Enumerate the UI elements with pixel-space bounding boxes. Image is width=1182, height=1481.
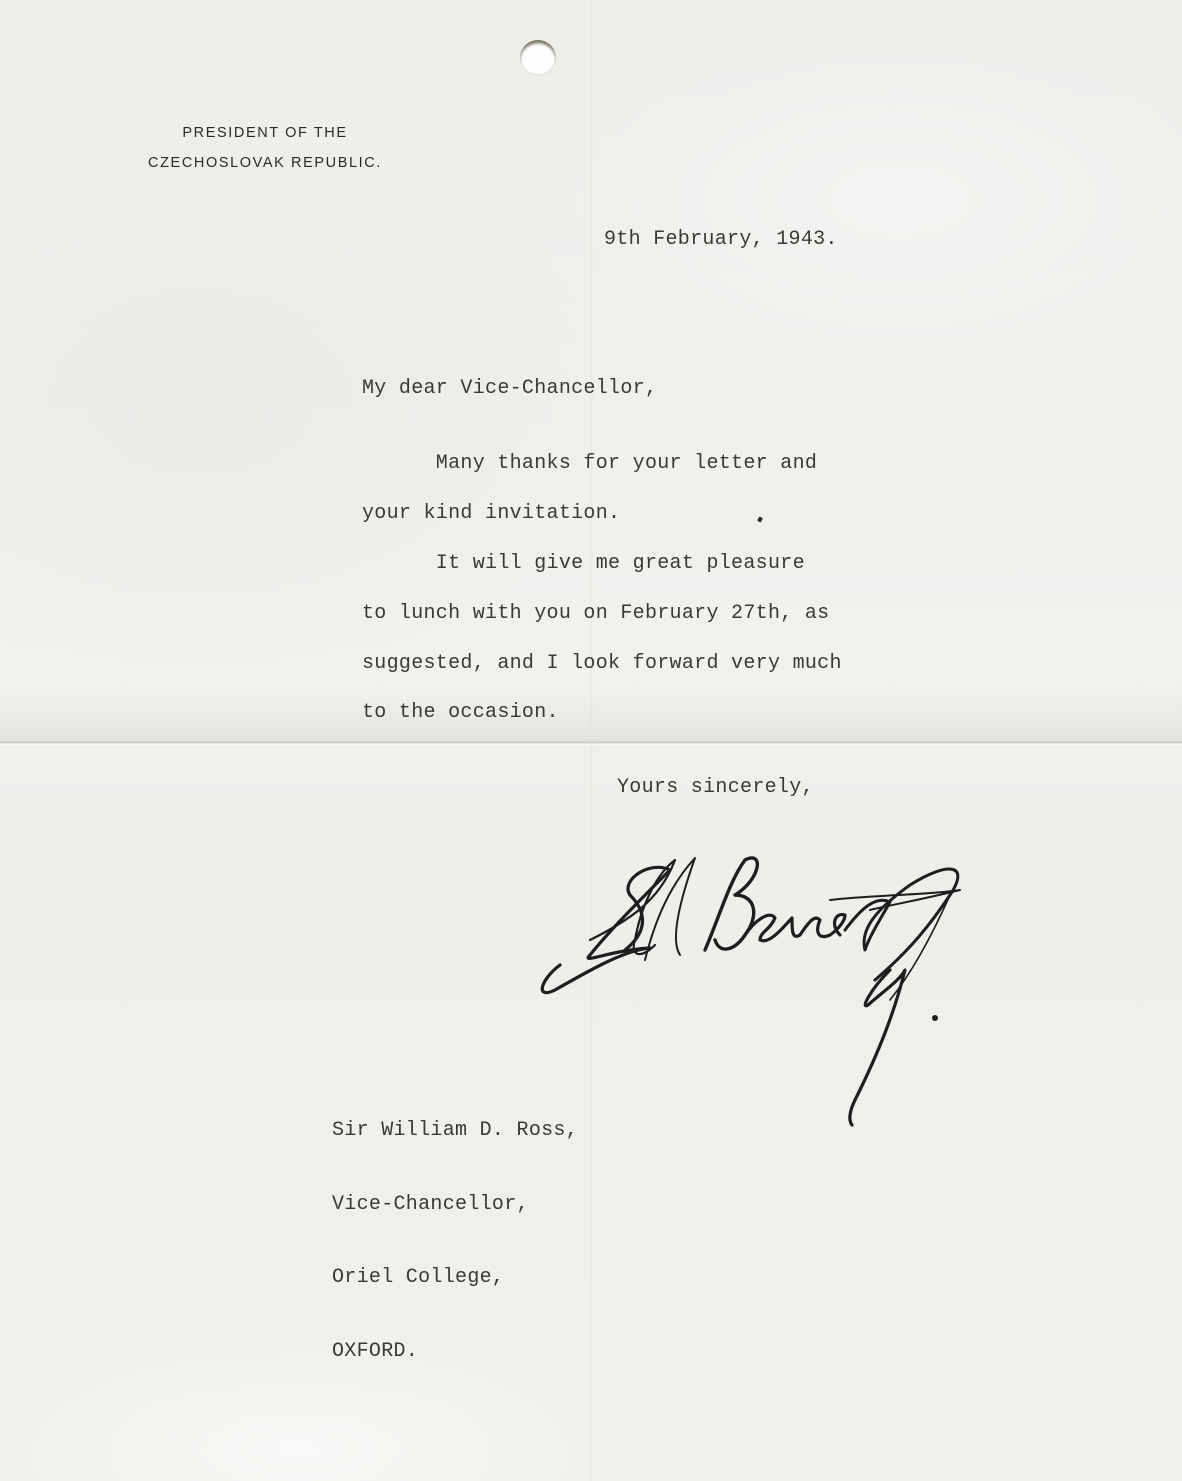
letterhead-line-2: CZECHOSLOVAK REPUBLIC. xyxy=(100,148,430,178)
body-line: suggested, and I look forward very much xyxy=(362,652,842,675)
recipient-name: Sir William D. Ross, xyxy=(332,1119,578,1144)
body-line: your kind invitation. xyxy=(362,502,620,525)
letter-page: PRESIDENT OF THE CZECHOSLOVAK REPUBLIC. … xyxy=(0,0,1182,1481)
letterhead-line-1: PRESIDENT OF THE xyxy=(100,118,430,148)
recipient-college: Oriel College, xyxy=(332,1266,578,1291)
closing: Yours sincerely, xyxy=(617,776,814,799)
letter-date: 9th February, 1943. xyxy=(604,228,838,251)
body-line: to the occasion. xyxy=(362,701,559,724)
recipient-title: Vice-Chancellor, xyxy=(332,1193,578,1218)
body-line: to lunch with you on February 27th, as xyxy=(362,602,829,625)
ink-speck xyxy=(757,516,763,522)
punch-hole-icon xyxy=(520,40,556,76)
recipient-address: Sir William D. Ross, Vice-Chancellor, Or… xyxy=(332,1070,578,1413)
recipient-city: OXFORD. xyxy=(332,1340,578,1365)
body-line: It will give me great pleasure xyxy=(362,552,805,575)
body-line: Many thanks for your letter and xyxy=(362,452,817,475)
vertical-fold-crease xyxy=(590,0,593,1481)
salutation: My dear Vice-Chancellor, xyxy=(362,377,657,400)
letterhead: PRESIDENT OF THE CZECHOSLOVAK REPUBLIC. xyxy=(100,118,430,178)
signature-icon xyxy=(530,840,1090,1140)
